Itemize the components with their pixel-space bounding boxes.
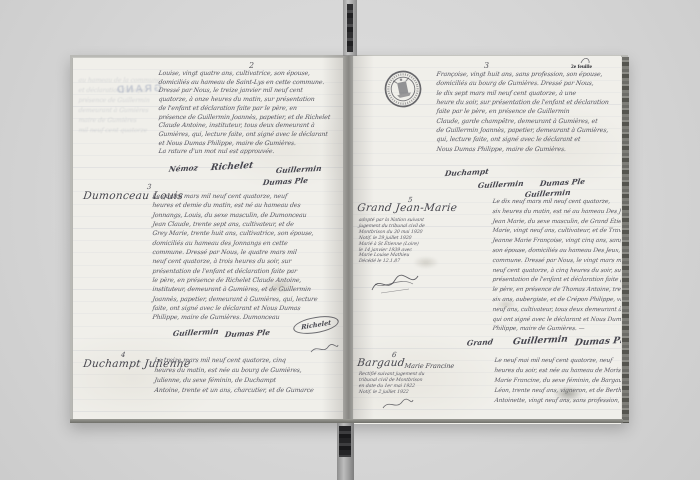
margin-notes-block: adopté par la Nation suivantjugement du …: [359, 218, 455, 265]
official-seal-icon: [379, 65, 426, 112]
handwritten-line: domiciliés au bourg de Gumières. Dressé …: [436, 79, 621, 88]
register-entry-5: Le dix neuf mars mil neuf cent quatorze,…: [493, 198, 621, 335]
handwritten-line: Jean Claude, trente sept ans, cultivateu…: [152, 220, 341, 229]
handwritten-line: présentation de l'enfant et déclaration …: [492, 276, 621, 286]
signature: Guillermin: [172, 327, 219, 338]
handwritten-line: qui ont signé avec le déclarant et Nous …: [492, 316, 621, 326]
left-page: 2 au hameau de la communeet déclaration …: [72, 57, 343, 422]
signature: Dumas Ple: [262, 176, 309, 187]
handwritten-line: Claude Antoine, instituteur, tous deux d…: [158, 122, 339, 131]
handwritten-line: Antoine, trente et un ans, charcutier, e…: [154, 386, 341, 396]
handwritten-line: Le dix neuf mars mil neuf cent quatorze,: [492, 198, 621, 208]
handwritten-line: Le quatre mars mil neuf cent quatorze, n…: [152, 192, 341, 201]
handwritten-line: de Guillermin Joannès, papetier, demeura…: [436, 126, 621, 135]
margin-annotation: adopté par la Nation suivantjugement du …: [359, 218, 455, 265]
handwritten-line: neuf ans, cultivateur, tous deux demeura…: [492, 306, 621, 316]
scanned-register-photo: 2 au hameau de la communeet déclaration …: [0, 0, 700, 480]
spine-binding-tape: [347, 4, 353, 52]
handwritten-line: Claude, garde champêtre, demeurant à Gum…: [436, 117, 621, 126]
signature: Guillermin: [512, 335, 568, 348]
pen-mark-icon: [579, 56, 593, 64]
signature: Grand: [466, 337, 493, 347]
handwritten-line: de l'enfant et déclaration faite par le …: [158, 105, 339, 114]
register-entry-2-continuation: Louise, vingt quatre ans, cultivatrice, …: [159, 70, 339, 157]
handwritten-line: La rature d'un mot nul est approuvée.: [158, 148, 339, 157]
handwritten-line: en date du 1er mai 1922: [358, 384, 455, 390]
handwritten-line: neuf cent quatorze, à trois heures du so…: [152, 257, 341, 266]
register-entry-3: Le quatre mars mil neuf cent quatorze, n…: [153, 192, 341, 323]
handwritten-line: commune. Dressé par Nous, le vingt mars …: [492, 257, 621, 267]
handwritten-line: Léon, trente neuf ans, vigneron, et de B…: [494, 386, 621, 396]
margin-entry-name-suffix: Marie Francine: [404, 362, 455, 370]
handwritten-line: Nous Dumas Philippe, maire de Gumières.: [436, 145, 621, 154]
open-register-book: 2 au hameau de la communeet déclaration …: [70, 55, 628, 423]
handwritten-line: six heures du matin, est né au hameau De…: [492, 208, 621, 218]
handwritten-line: Décédé le 12.1.87: [358, 259, 455, 265]
handwriting-block: Le neuf mai mil neuf cent quatorze, neuf…: [495, 356, 621, 406]
handwritten-line: commune. Dressé par Nous, le quatre mars…: [152, 248, 341, 257]
handwritten-line: heures du matin, est née au bourg de Gum…: [154, 366, 341, 376]
handwriting-block: Le dix neuf mars mil neuf cent quatorze,…: [493, 198, 621, 335]
page-stack-edge: [621, 57, 629, 423]
signature: Guillermin: [477, 179, 524, 190]
book-bottom-edge: [70, 419, 623, 423]
handwriting-block: Le treize mars mil neuf cent quatorze, c…: [155, 356, 341, 396]
handwritten-line: Antoinette, vingt neuf ans, sans profess…: [494, 396, 621, 406]
handwritten-line: Le treize mars mil neuf cent quatorze, c…: [154, 356, 341, 366]
signature: Dumas Ple: [574, 336, 621, 349]
handwritten-line: Jeanne Marie Françoise, vingt cinq ans, …: [492, 237, 621, 247]
handwritten-line: Marié à St Étienne (Loire): [358, 242, 455, 248]
handwritten-line: présentation de l'enfant et déclaration …: [152, 267, 341, 276]
page-number: 3: [484, 61, 489, 70]
handwritten-line: Notif. le 2 juillet 1922: [358, 390, 455, 396]
handwritten-line: jugement du tribunal civil de: [358, 224, 455, 230]
handwritten-line: Jonnangs, Louis, du sexe masculin, de Du…: [152, 211, 341, 220]
bleedthrough-stamp: GRAND: [115, 83, 162, 96]
register-entry-4-continuation: Françoise, vingt huit ans, sans professi…: [437, 70, 621, 154]
handwritten-line: heures et demie du matin, est né au hame…: [152, 201, 341, 210]
handwritten-line: Le neuf mai mil neuf cent quatorze, neuf: [494, 356, 621, 366]
handwritten-line: Joannès, papetier, demeurant à Gumières,…: [152, 295, 341, 304]
signature: Richelet: [210, 161, 254, 173]
handwritten-line: Gumières, qui, lecture faite, ont signé …: [158, 131, 339, 140]
margin-annotation: Rectifié suivant jugement dutribunal civ…: [359, 372, 455, 396]
margin-notes-block: Rectifié suivant jugement dutribunal civ…: [359, 372, 455, 396]
handwritten-line: faite par le père, en présence de Guille…: [436, 107, 621, 116]
handwritten-line: Marie, vingt neuf ans, cultivateur, et d…: [492, 227, 621, 237]
handwritten-line: instituteur, demeurant à Gumières, et de…: [152, 285, 341, 294]
handwritten-line: le père, en présence de Thomas Antoine, …: [492, 286, 621, 296]
handwritten-line: domiciliés au hameau des Jonnangs en cet…: [152, 239, 341, 248]
handwritten-line: Jean Marie, du sexe masculin, de Grand É…: [492, 218, 621, 228]
page-number: 2: [249, 61, 254, 70]
handwritten-line: Marie Francine, du sexe féminin, de Barg…: [494, 376, 621, 386]
spine-binding-tape: [339, 426, 351, 457]
margin-entry-name: Bargaud: [357, 357, 406, 369]
handwritten-line: neuf cent quatorze, à cinq heures du soi…: [492, 267, 621, 277]
signature: Dumas Ple: [539, 177, 586, 188]
signature: Duchampt: [444, 167, 489, 178]
handwritten-line: Grey Marie, trente huit ans, cultivatric…: [152, 229, 341, 238]
handwriting-block: Louise, vingt quatre ans, cultivatrice, …: [159, 70, 339, 157]
handwritten-line: Louise, vingt quatre ans, cultivatrice, …: [158, 70, 339, 79]
signature: Dumas Ple: [224, 328, 271, 339]
handwritten-line: Françoise, vingt huit ans, sans professi…: [436, 70, 621, 79]
paraph-flourish-icon: [369, 270, 421, 296]
book-spine-bottom: [337, 423, 354, 480]
signature: Guillermin: [275, 164, 322, 175]
signature: Némoz: [168, 163, 198, 173]
handwritten-line: son épouse, domiciliés au hameau Des Jeu…: [492, 247, 621, 257]
handwritten-line: heures du soir, est née au hameau de Mor…: [494, 366, 621, 376]
handwritten-line: six ans, aubergiste, et de Crépon Philip…: [492, 296, 621, 306]
handwritten-line: heure du soir, sur présentation de l'enf…: [436, 98, 621, 107]
register-entry-4: Le treize mars mil neuf cent quatorze, c…: [155, 356, 341, 396]
handwritten-line: Montbrison du 30 mai 1920: [358, 230, 455, 236]
paraph-flourish-icon: [381, 397, 415, 411]
handwritten-line: Notif. le 29 juillet 1920: [358, 236, 455, 242]
right-page: 3 2e feuille Françoise, vingt huit ans, …: [353, 55, 621, 424]
register-entry-6: Le neuf mai mil neuf cent quatorze, neuf…: [495, 356, 621, 406]
handwriting-block: Le quatre mars mil neuf cent quatorze, n…: [153, 192, 341, 323]
paraph-flourish-icon: [309, 342, 339, 355]
handwriting-block: Françoise, vingt huit ans, sans professi…: [437, 70, 621, 154]
handwritten-line: Philippe, maire de Gumières. —: [492, 325, 621, 335]
handwritten-line: Dressé par Nous, le treize janvier mil n…: [158, 87, 339, 96]
handwritten-line: présence de Guillermin Joannès, papetier…: [158, 114, 339, 123]
book-spine-top: [343, 0, 357, 56]
handwritten-line: Julienne, du sexe féminin, de Duchampt: [154, 376, 341, 386]
margin-entry-name: Grand Jean-Marie: [357, 202, 458, 214]
handwritten-line: quatorze, à onze heures du matin, sur pr…: [158, 96, 339, 105]
handwritten-line: le dix sept mars mil neuf cent quatorze,…: [436, 89, 621, 98]
handwritten-line: qui, lecture faite, ont signé avec le dé…: [436, 135, 621, 144]
handwritten-line: tribunal civil de Montbrison: [358, 378, 455, 384]
